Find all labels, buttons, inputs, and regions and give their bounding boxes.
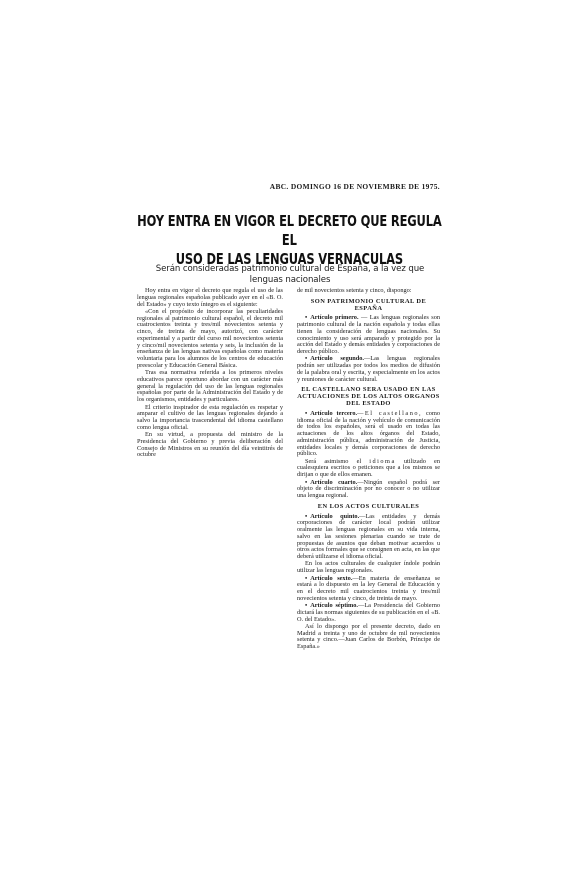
article-5-paragraph-2: En los actos culturales de cualquier índ… [297,561,440,575]
right-column: de mil novecientos setenta y cinco, disp… [297,288,440,652]
article-5-text: —Las entidades y demás corporaciones de … [297,513,440,561]
section-title-castellano: EL CASTELLANO SERA USADO EN LAS ACTUACIO… [297,387,440,407]
article-7: •Artículo séptimo.—La Presidencia del Go… [297,603,440,623]
left-column: Hoy entra en vigor el decreto que regula… [137,288,283,460]
paragraph-purpose: «Con el propósito de incorporar las pecu… [137,309,283,370]
paragraph-regulation: Tras esa normativa referida a los primer… [137,370,283,404]
article-1-text: — Las lenguas regionales son patrimonio … [297,314,440,355]
paragraph-criterion: El criterio inspirador de esta regulació… [137,405,283,432]
section-title-actos-culturales: EN LOS ACTOS CULTURALES [297,504,440,511]
article-2: •Artículo segundo.—Las lenguas regionale… [297,356,440,383]
article-3: •Artículo tercero.—El castellano, como i… [297,411,440,458]
closing-signature: Así lo dispongo por el presente decreto,… [297,624,440,651]
paragraph-virtue: En su virtud, a propuesta del ministro d… [137,432,283,459]
article-5: •Artículo quinto.—Las entidades y demás … [297,514,440,561]
article-3-text: como idioma oficial de la nación y vehíc… [297,410,440,458]
subheadline: Serán consideradas patrimonio cultural d… [138,264,442,286]
paragraph-intro: Hoy entra en vigor el decreto que regula… [137,288,283,308]
article-4: •Artículo cuarto.—Ningún español podrá s… [297,480,440,500]
section-title-patrimonio: SON PATRIMONIO CULTURAL DE ESPAÑA [297,299,440,313]
article-1: •Artículo primero. — Las lenguas regiona… [297,315,440,356]
headline: HOY ENTRA EN VIGOR EL DECRETO QUE REGULA… [170,212,408,269]
article-6: •Artículo sexto.—En materia de enseñanza… [297,576,440,603]
article-3-paragraph-2: Será asimismo el idioma utilizado en cua… [297,459,440,479]
paragraph-dispongo: de mil novecientos setenta y cinco, disp… [297,288,440,295]
headline-line-1: HOY ENTRA EN VIGOR EL DECRETO QUE REGULA… [128,212,450,250]
dateline: ABC. DOMINGO 16 DE NOVIEMBRE DE 1975. [250,182,440,191]
